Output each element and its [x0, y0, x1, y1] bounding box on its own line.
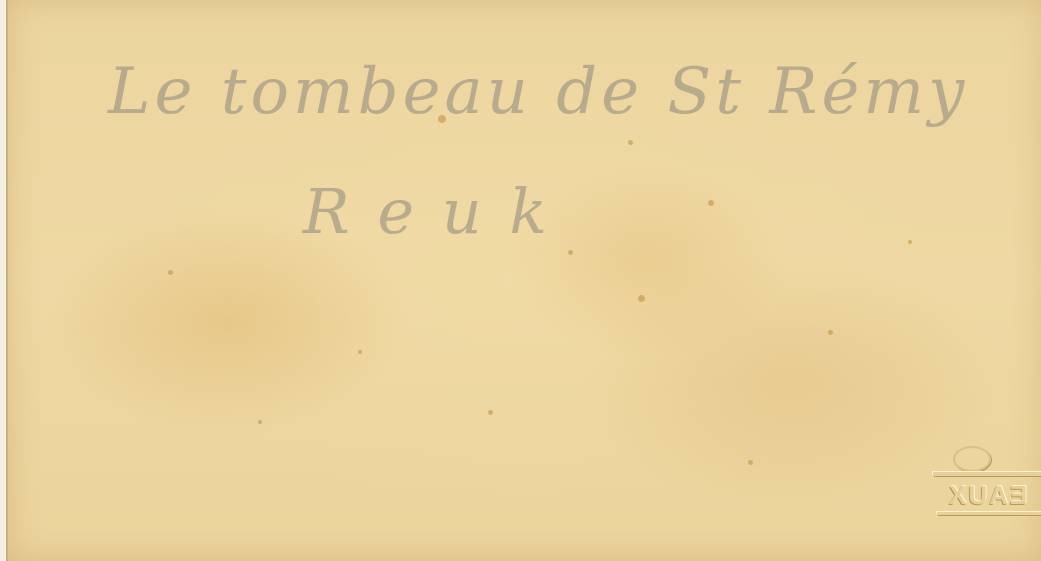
foxing-spot [568, 250, 573, 255]
foxing-spot [488, 410, 493, 415]
handwritten-title: Le tombeau de St Rémy [108, 55, 968, 129]
handwritten-initials: R e u k [303, 175, 551, 248]
scroll-ornament-icon [953, 446, 991, 472]
foxing-spot [638, 295, 645, 302]
foxing-spot [828, 330, 833, 335]
foxing-spot [168, 270, 173, 275]
foxing-spot [628, 140, 633, 145]
vintage-card-back: Le tombeau de St Rémy R e u k EAUX [6, 0, 1041, 561]
foxing-spot [258, 420, 262, 424]
foxing-spot [908, 240, 912, 244]
embossed-stamp: EAUX [923, 440, 1041, 530]
foxing-spot [748, 460, 753, 465]
foxing-spot [708, 200, 714, 206]
stamp-text: EAUX [947, 480, 1027, 511]
foxing-spot [358, 350, 362, 354]
stamp-rule [933, 472, 1041, 476]
stamp-rule [937, 512, 1041, 515]
